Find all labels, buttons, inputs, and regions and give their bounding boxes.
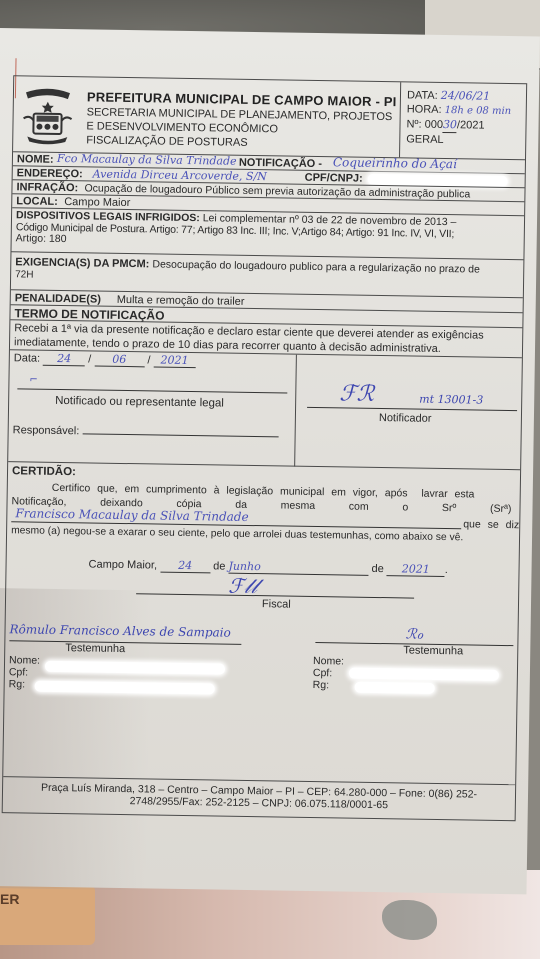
local-label: LOCAL: [16, 195, 58, 208]
certidao-de-1: de [213, 560, 225, 572]
meta-number-prefix: 000 [425, 119, 444, 131]
footer: Praça Luís Miranda, 318 – Centro – Campo… [3, 776, 516, 822]
certidao-word: (Srª) [490, 503, 512, 515]
meta-geral: GERAL [406, 132, 527, 148]
testemunha-1-signature: Rômulo Francisco Alves de Sampaio [9, 622, 230, 639]
notificado-label: Notificado ou representante legal [55, 395, 224, 410]
testemunha-2-label: Testemunha [403, 644, 463, 657]
municipal-coat-of-arms-icon [21, 84, 74, 147]
testemunha-1-rg-label: Rg: [9, 678, 26, 690]
cpf-label: CPF/CNPJ: [305, 172, 363, 185]
termo-date: Data: 24 / 06 / 2021 [14, 351, 196, 368]
testemunha-2-cpf-label: Cpf: [313, 667, 332, 679]
testemunha-2-signature: ℛℴ [405, 626, 423, 642]
dispositivos-text-3: Artigo: 180 [16, 232, 67, 245]
testemunha-2-cpf-redacted [349, 668, 499, 681]
certidao-title: CERTIDÃO: [12, 465, 76, 478]
testemunha-2-rg-redacted [355, 682, 435, 694]
testemunha-1-rg-redacted [35, 681, 215, 695]
meta-box: DATA: 24/06/21 HORA: 18h e 08 min Nº: 00… [399, 82, 528, 159]
notification-document: PREFEITURA MUNICIPAL DE CAMPO MAIOR - PI… [0, 28, 540, 894]
exigencia-line-1: EXIGENCIA(S) DA PMCM: Desocupação do lou… [15, 256, 480, 275]
responsavel-label: Responsável: [13, 424, 80, 437]
notificacao-handwritten-title: Coqueirinho do Açaí [333, 155, 457, 171]
termo-date-day: 24 [43, 352, 85, 367]
testemunha-1-cpf-label: Cpf: [9, 666, 28, 678]
notificado-mark: ⌐ [29, 375, 38, 386]
background-object: ER [0, 885, 95, 945]
termo-date-month: 06 [94, 353, 144, 368]
meta-date-label: DATA: [407, 89, 438, 101]
testemunha-2-nome-label: Nome: [313, 655, 344, 667]
header-subtitle-2: E DESENVOLVIMENTO ECONÔMICO [86, 120, 278, 135]
fiscal-label: Fiscal [262, 598, 291, 610]
nome-label: NOME: [17, 153, 54, 166]
testemunha-1-label: Testemunha [65, 642, 125, 655]
background-object-label: ER [0, 891, 19, 907]
meta-number-suffix: /2021 [457, 119, 485, 131]
notificado-line [17, 388, 287, 393]
testemunha-1-nome-label: Nome: [9, 654, 40, 666]
notificador-signature: ℱℛ [339, 381, 374, 407]
certidao-day: 24 [160, 559, 210, 574]
notificador-mat: mt 13001-3 [419, 393, 483, 407]
responsavel-line [82, 423, 278, 437]
meta-number-value: 30 [443, 118, 457, 133]
exigencia-label: EXIGENCIA(S) DA PMCM: [15, 256, 149, 270]
termo-date-label: Data: [14, 352, 40, 364]
notificador-line [307, 407, 517, 411]
infracao-label: INFRAÇÃO: [16, 181, 78, 194]
row-certidao: CERTIDÃO: Certifico que, em cumprimento … [4, 461, 520, 737]
certidao-text-3: que se diz [463, 518, 519, 531]
meta-time-label: HORA: [407, 103, 442, 116]
local-value: Campo Maior [64, 196, 130, 209]
certidao-ponto: . [445, 564, 448, 576]
notificador-label: Notificador [379, 412, 432, 425]
certidao-word: com [349, 501, 369, 513]
certidao-word: o [402, 501, 408, 513]
row-termo: TERMO DE NOTIFICAÇÃO Recebi a 1ª via da … [10, 304, 523, 357]
testemunha-2-rg-label: Rg: [313, 679, 330, 691]
meta-date-value: 24/06/21 [441, 89, 491, 103]
certidao-word: Srº [442, 502, 457, 514]
responsavel-field: Responsável: [13, 422, 279, 440]
certidao-year: 2021 [387, 562, 445, 577]
testemunha-1-nome-redacted [45, 661, 225, 675]
endereco-label: ENDEREÇO: [17, 167, 83, 180]
header-section: PREFEITURA MUNICIPAL DE CAMPO MAIOR - PI… [13, 76, 526, 159]
exigencia-text-1: Desocupação do lougadouro publico para a… [152, 258, 480, 275]
meta-time-value: 18h e 08 min [445, 105, 512, 117]
header-subtitle-3: FISCALIZAÇÃO DE POSTURAS [86, 134, 248, 149]
row-signatures: Data: 24 / 06 / 2021 ⌐ Notificado ou rep… [8, 349, 522, 469]
signature-divider-vertical [294, 355, 297, 467]
termo-date-year: 2021 [153, 353, 195, 368]
certidao-local: Campo Maior, [88, 558, 157, 571]
certidao-de-2: de [371, 563, 383, 575]
certidao-date: Campo Maior, 24 de Junho de 2021. [88, 557, 448, 577]
exigencia-text-2: 72H [15, 269, 34, 280]
certidao-word: mesma [281, 499, 316, 512]
meta-number-label: Nº: [406, 118, 421, 130]
notification-form: PREFEITURA MUNICIPAL DE CAMPO MAIOR - PI… [2, 75, 528, 821]
